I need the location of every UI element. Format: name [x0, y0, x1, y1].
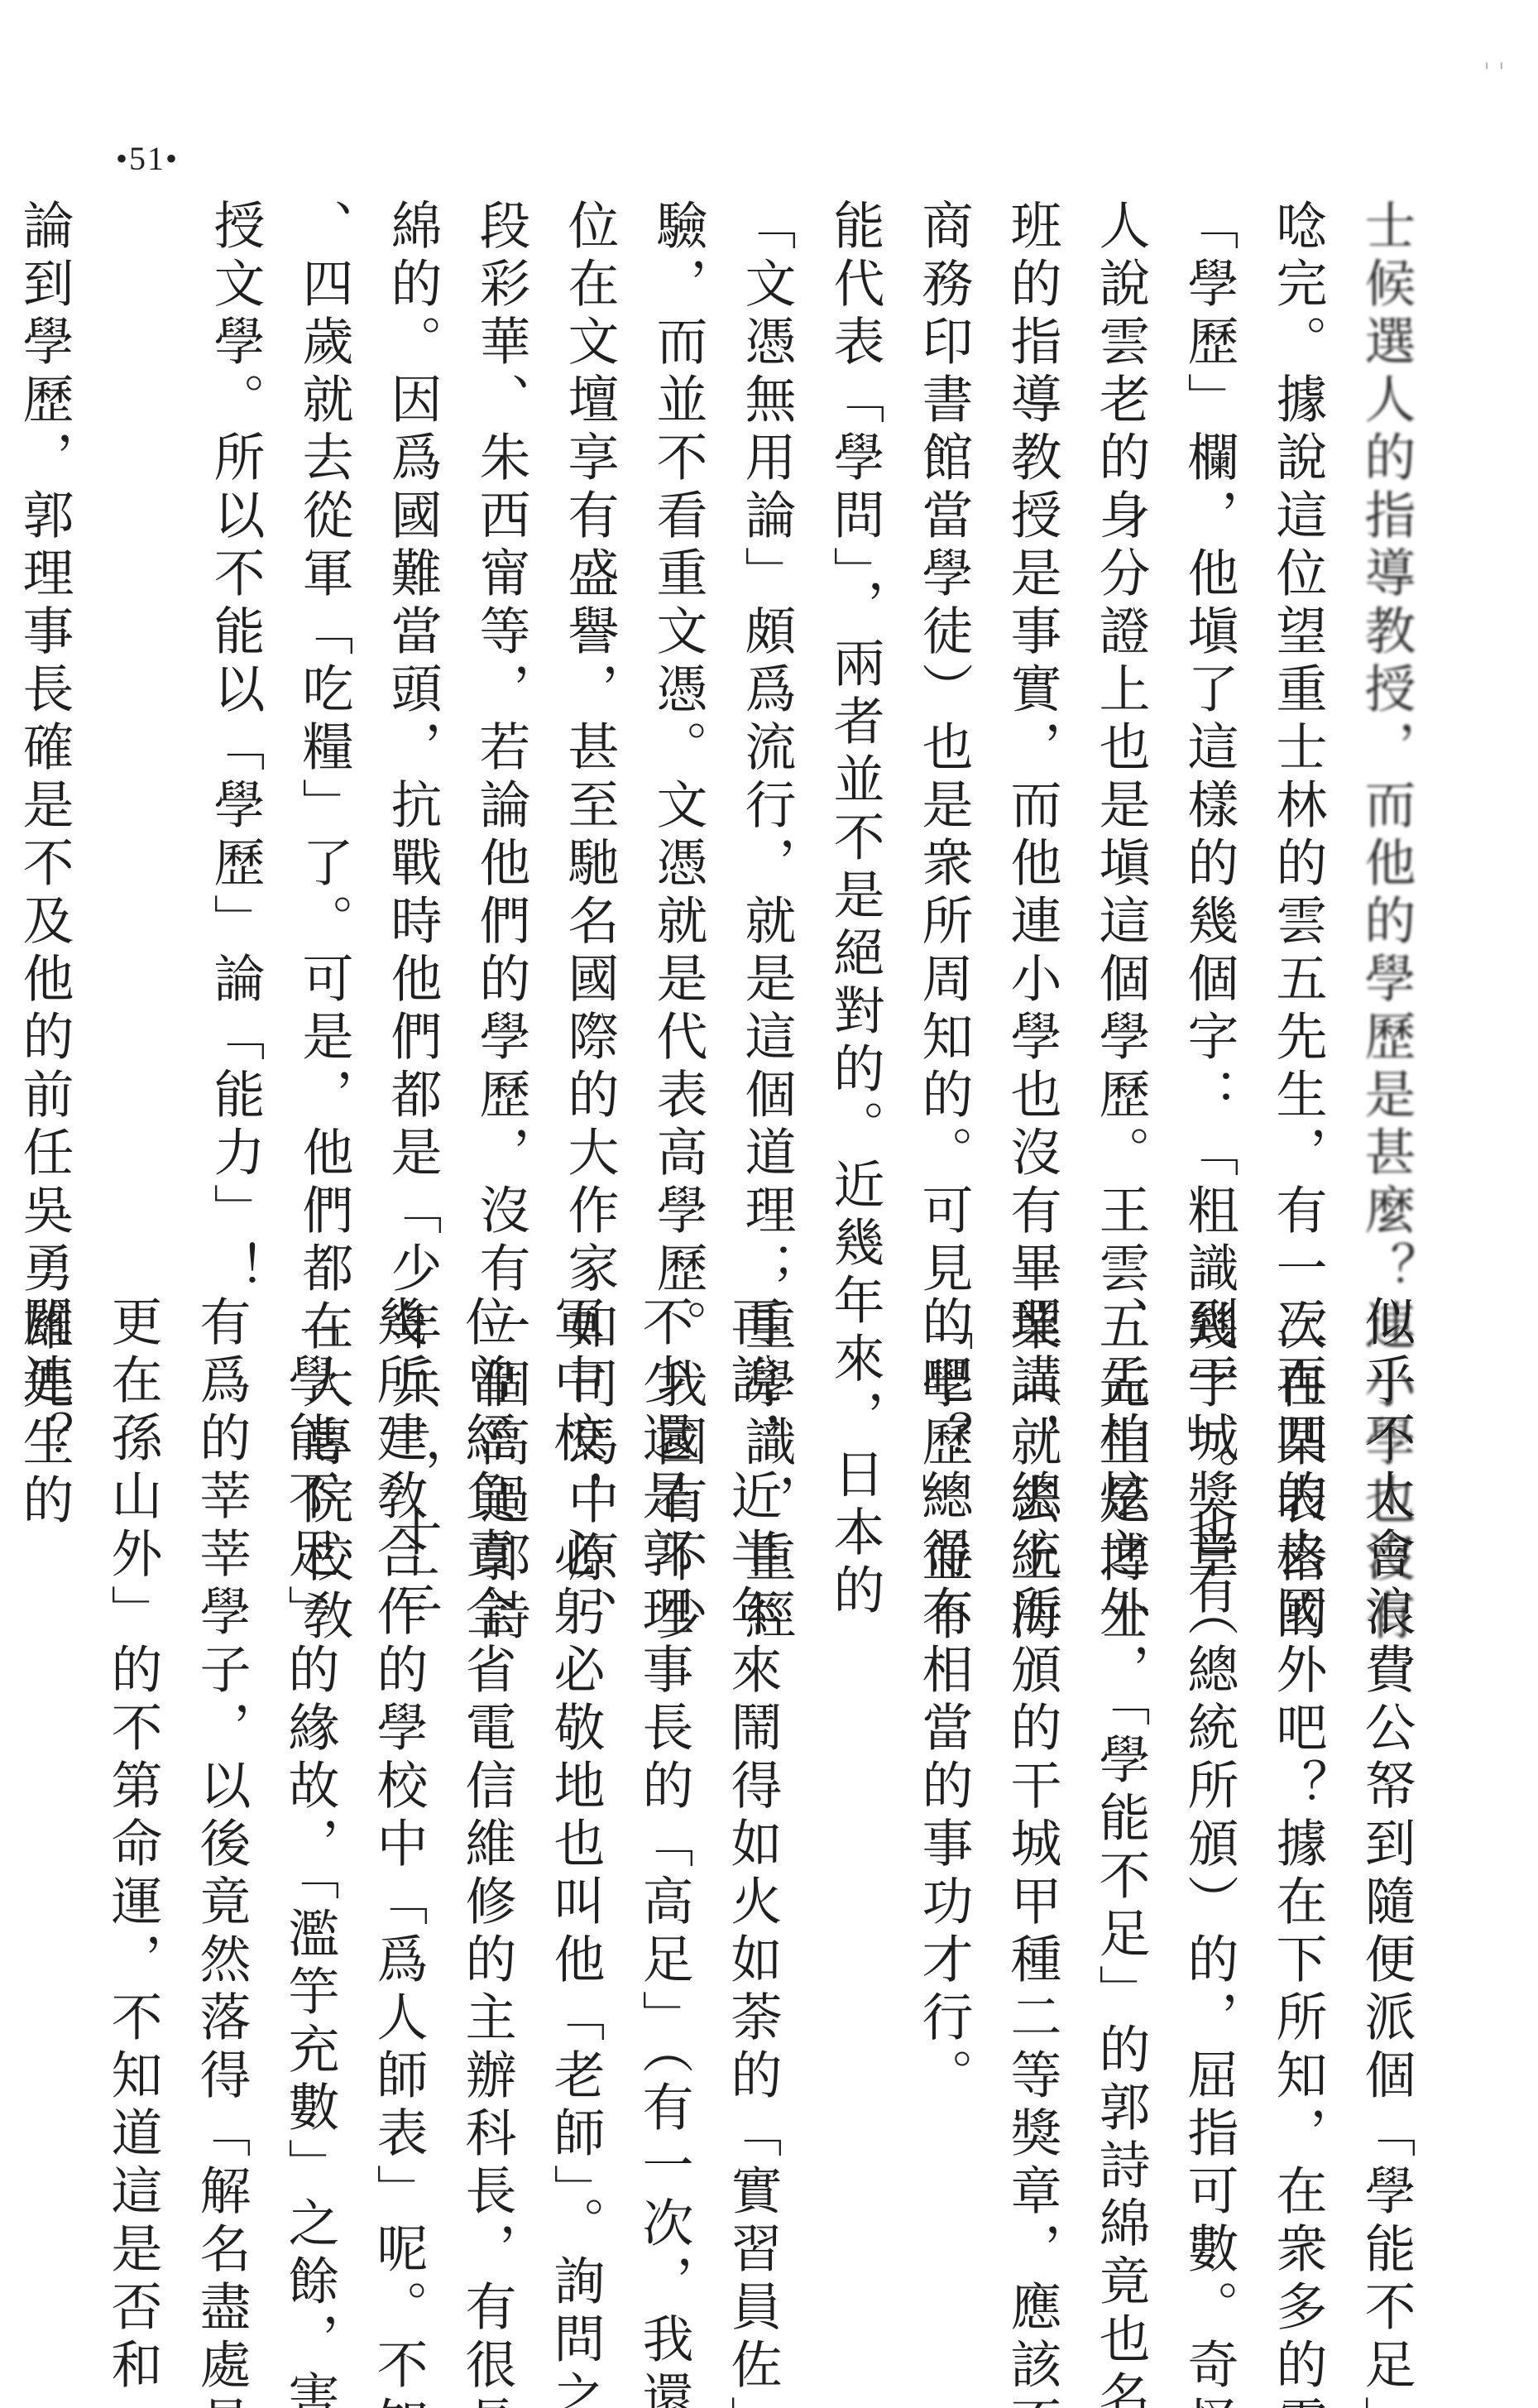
text-column: 段彩華、朱西甯等，若論他們的學歷，沒有一個高過郭詩: [457, 199, 545, 1241]
text-column-paragraph-start: 論到學歷，郭理事長確是不及他的前任吳勇雄先生的: [0, 199, 191, 1241]
text-column: 商務印書館當學徒）也是衆所周知的。可見「學歷」並不: [899, 199, 988, 1241]
page-edge-mark: ' ': [1483, 58, 1505, 87]
text-column: 位在文壇享有盛譽，甚至馳名國際的大作家如司馬中原、: [545, 199, 634, 1241]
text-column: 驗，而並不看重文憑。文憑就是代表高學歷。我國有不少: [634, 199, 722, 1241]
text-column: 人說雲老的身分證上也是塡這個學歷。王雲五先生是博士: [1076, 199, 1165, 1241]
text-column: 關連？: [0, 1295, 89, 2371]
text-column: 、四歲就去從軍「吃糧」了。可是，他們都在大專院校敎: [280, 199, 368, 1241]
text-column: 綿的。因爲國難當頭，抗戰時他們都是「少年兵」，十三: [368, 199, 457, 1241]
text-column: 班的指導教授是事實，而他連小學也沒有畢業（就去上海: [988, 199, 1076, 1241]
page-number: •51•: [116, 139, 179, 178]
text-column: 更在孫山外」的不第命運，不知道這是否和「罷免」有些: [89, 1295, 177, 2371]
text-column: 士候選人的指導教授，而他的學歷是甚麼？連小學也沒有: [1342, 199, 1430, 1241]
text-column: 理講，總統所頒的干城甲種二等獎章，應該不是輕易可得: [988, 1295, 1076, 2371]
text-column: 「學歷」欄，他塡了這樣的幾個字：「粗識幾字」。也有: [1165, 199, 1253, 1241]
text-column: 位曾經負責全省電信維修的主辦科長，有很長一段時間在: [443, 1295, 531, 2371]
text-column: 軍中校，必躬必敬地也叫他「老師」。詢問之下，原來這: [531, 1295, 620, 2371]
text-column: 、孟柏炫之外，「學能不足」的郭詩綿竟也名列其中。按: [1076, 1295, 1165, 2371]
text-column-paragraph-start: 再說，近半年來鬧得如火如荼的「實習員佐」中，有: [708, 1295, 899, 2371]
text-column: 到干城獎章（總統所頒）的，屈指可數。奇怪的是徐國華: [1165, 1295, 1253, 2371]
text-column: 「學能不足」的緣故，「濫竽充數」之餘，害得部分年輕: [266, 1295, 354, 2371]
text-column: 三再四的去國外吧？據在下所知，在衆多的電信人中，得: [1253, 1295, 1342, 2371]
text-column: 能代表「學問」，兩者並不是絕對的。近幾年來，日本的: [811, 199, 899, 1241]
text-column: 授文學。所以不能以「學歷」論「能力」！: [191, 199, 280, 1241]
text-column: 幾所建敎合作的學校中「爲人師表」呢。不知道是否由於: [354, 1295, 443, 2371]
top-text-block: 士候選人的指導教授，而他的學歷是甚麼？連小學也沒有 唸完。據說這位望重士林的雲五…: [90, 199, 1430, 1241]
text-column: 「文憑無用論」頗爲流行，就是這個道理；重學識，重經: [722, 199, 811, 1241]
text-column: 的吧？總得有相當的事功才行。: [899, 1295, 988, 2371]
text-column: 不少還是郭理事長的「高足」（有一次，我還見到一位國: [620, 1295, 708, 2371]
text-column: 有爲的莘莘學子，以後竟然落得「解名盡處是孫山，餘人: [177, 1295, 266, 2371]
text-column: 唸完。據說這位望重士林的雲五先生，有一次在某表格的: [1253, 199, 1342, 1241]
bottom-text-block: 似乎不太會浪費公帑到隨便派個「學能不足」的員工，再 三再四的去國外吧？據在下所知…: [90, 1295, 1430, 2371]
text-column: 似乎不太會浪費公帑到隨便派個「學能不足」的員工，再: [1342, 1295, 1430, 2371]
